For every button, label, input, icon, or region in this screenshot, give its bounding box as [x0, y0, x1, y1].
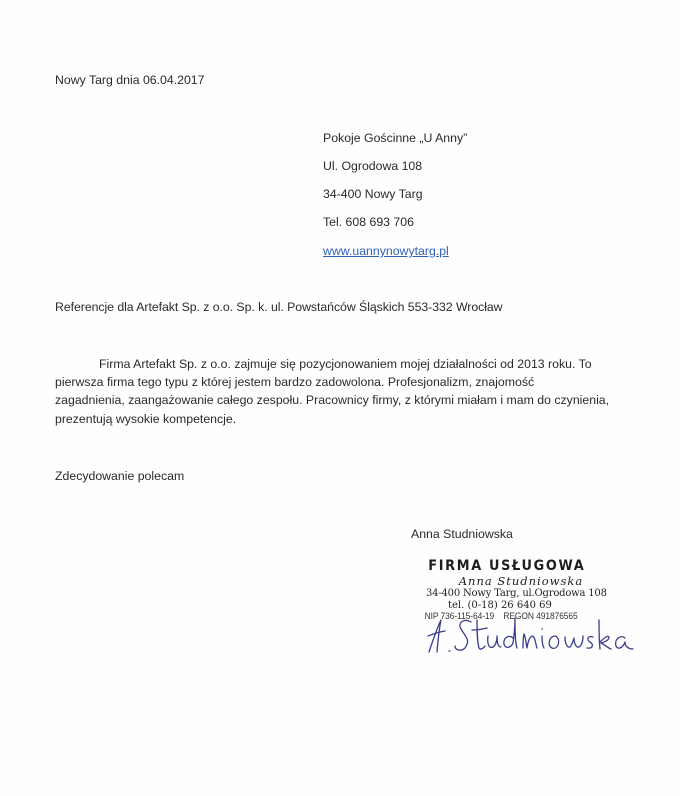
- body-line: prezentują wysokie kompetencje.: [55, 410, 655, 428]
- signer-name: Anna Studniowska: [411, 527, 513, 541]
- letter-subject: Referencje dla Artefakt Sp. z o.o. Sp. k…: [55, 300, 503, 314]
- body-line: zagadnienia, zaangażowanie całego zespoł…: [55, 391, 655, 409]
- letter-page: Nowy Targ dnia 06.04.2017 Pokoje Gościnn…: [0, 0, 680, 796]
- handwritten-signature: [425, 612, 645, 662]
- place-and-date: Nowy Targ dnia 06.04.2017: [55, 73, 205, 87]
- stamp-title: FIRMA USŁUGOWA: [420, 558, 604, 575]
- stamp-phone: tel. (0-18) 26 640 69: [420, 600, 620, 612]
- recipient-phone: Tel. 608 693 706: [323, 215, 414, 229]
- body-line: pierwsza firma tego typu z której jestem…: [55, 373, 655, 391]
- recipient-street: Ul. Ogrodowa 108: [323, 159, 422, 173]
- website-link[interactable]: www.uannynowytarg.pl: [323, 244, 449, 258]
- letter-body: Firma Artefakt Sp. z o.o. zajmuje się po…: [55, 355, 655, 428]
- closing-recommendation: Zdecydowanie polecam: [55, 469, 184, 483]
- stamp-owner: Anna Studniowska: [420, 575, 620, 588]
- body-line: Firma Artefakt Sp. z o.o. zajmuje się po…: [55, 355, 655, 373]
- recipient-business-name: Pokoje Gościnne „U Anny”: [323, 131, 467, 145]
- recipient-postal-city: 34-400 Nowy Targ: [323, 187, 423, 201]
- stamp-address: 34-400 Nowy Targ, ul.Ogrodowa 108: [420, 588, 620, 600]
